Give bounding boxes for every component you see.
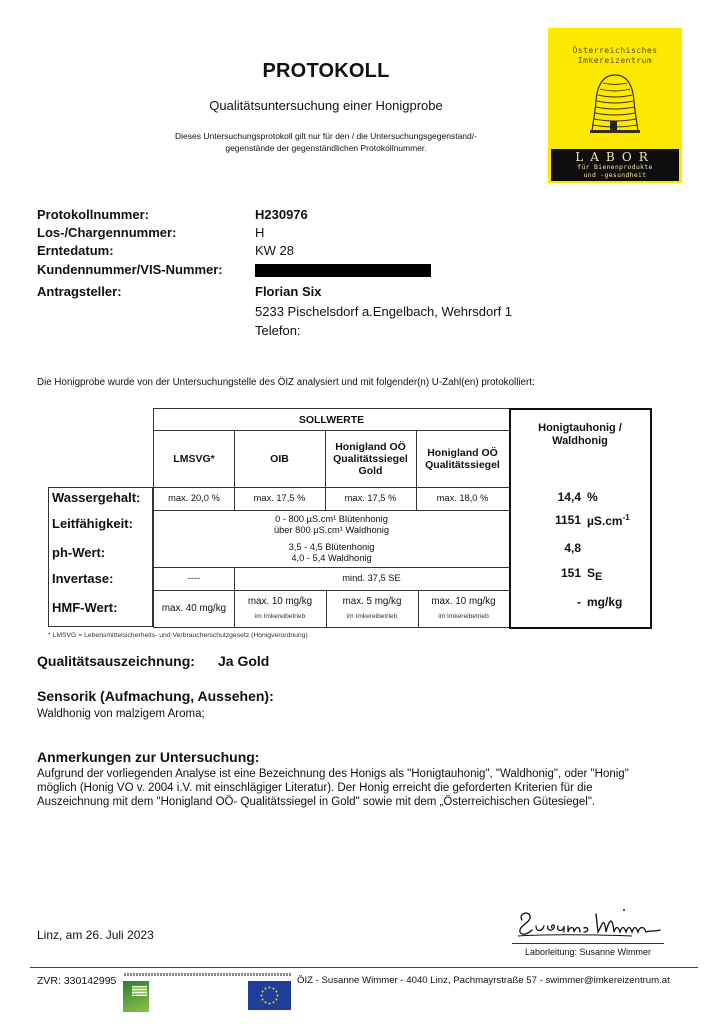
meta-label-antragsteller: Antragsteller: <box>37 284 122 302</box>
invertase-min: mind. 37,5 SE <box>234 567 509 590</box>
col3-line-1: Honigland OÖ <box>335 441 406 453</box>
column-header-oib: OIB <box>234 430 325 487</box>
result-ph-value: 4,8 <box>564 541 581 555</box>
award-label: Qualitätsauszeichnung: <box>37 653 195 669</box>
hmf-siegel-note: im Imkereibetrieb <box>438 611 489 622</box>
remarks-line-1: Aufgrund der vorliegenden Analyse ist ei… <box>37 767 687 781</box>
col3-line-2: Qualitätssiegel <box>333 453 408 465</box>
logo-sub-1: für Bienenprodukte <box>551 164 679 172</box>
footer-address: ÖIZ - Susanne Wimmer - 4040 Linz, Pachma… <box>297 975 670 986</box>
row-label-leitfaehigkeit: Leitfähigkeit: <box>52 516 133 531</box>
sensorik-text: Waldhonig von malzigem Aroma; <box>37 707 687 721</box>
column-header-honigland: Honigland OÖ Qualitätssiegel <box>416 430 509 487</box>
unit-percent: % <box>587 490 598 504</box>
col4-line-1: Honigland OÖ <box>427 447 498 459</box>
leitfaehigkeit-range: 0 - 800 µS.cm¹ Blütenhonig über 800 µS.c… <box>154 512 509 538</box>
meta-value-antragsteller: Florian Six <box>255 284 321 299</box>
logo-sub-2: und -gesundheit <box>551 172 679 180</box>
hmf-oib-note: im Imkereibetrieb <box>255 611 306 622</box>
place-and-date: Linz, am 26. Juli 2023 <box>37 928 154 942</box>
sollwerte-table: SOLLWERTE LMSVG* OIB Honigland OÖ Qualit… <box>153 408 510 628</box>
meta-value-erntedatum: KW 28 <box>255 243 294 258</box>
lab-logo: Österreichisches Imkereizentrum LABOR fü… <box>548 28 682 183</box>
signature-line <box>512 943 664 944</box>
applicant-address: 5233 Pischelsdorf a.Engelbach, Wehrsdorf… <box>255 304 512 319</box>
meta-label-kundennummer: Kundennummer/VIS-Nummer: <box>37 262 223 280</box>
unit-exponent: -1 <box>623 513 630 522</box>
meta-value-chargennummer: H <box>255 225 264 240</box>
remarks-line-3: Auszeichnung mit dem "Honigland OÖ- Qual… <box>37 795 687 809</box>
remarks-heading: Anmerkungen zur Untersuchung: <box>37 749 259 765</box>
row-label-wassergehalt: Wassergehalt: <box>52 490 140 505</box>
leitfaehigkeit-line-1: 0 - 800 µS.cm¹ Blütenhonig <box>275 514 388 525</box>
hmf-gold-value: max. 5 mg/kg <box>343 596 402 607</box>
results-header-line-1: Honigtauhonig / <box>511 422 649 435</box>
result-leitfaehigkeit-value: 1151 <box>555 513 581 527</box>
disclaimer-line-2: gegenstände der gegenständlichen Protoko… <box>100 142 552 154</box>
hmf-siegel-value: max. 10 mg/kg <box>431 596 495 607</box>
result-invertase-value: 151 <box>561 566 581 580</box>
applicant-phone-label: Telefon: <box>255 323 301 338</box>
sensorik-heading: Sensorik (Aufmachung, Aussehen): <box>37 688 274 704</box>
hmf-oib-value: max. 10 mg/kg <box>248 596 312 607</box>
logo-labor-text: LABOR <box>551 150 679 164</box>
footer-zvr: ZVR: 330142995 <box>37 975 116 987</box>
col3-line-3: Gold <box>359 465 383 477</box>
beehive-icon <box>590 73 640 135</box>
hmf-oib: max. 10 mg/kg im Imkereibetrieb <box>234 590 326 627</box>
remarks-line-2: möglich (Honig VO v. 2004 i.V. mit einsc… <box>37 781 687 795</box>
logo-line-2: Imkereizentrum <box>548 56 682 66</box>
meta-value-protokollnummer: H230976 <box>255 207 308 222</box>
ph-line-2: 4,0 - 5,4 Waldhonig <box>291 553 371 564</box>
meta-label-chargennummer: Los-/Chargennummer: <box>37 225 176 243</box>
result-wassergehalt-value: 14,4 <box>558 490 581 504</box>
unit-conductivity: µS.cm <box>587 514 623 528</box>
analysis-intro: Die Honigprobe wurde von der Untersuchun… <box>37 377 535 388</box>
row-label-ph: ph-Wert: <box>52 545 105 560</box>
result-hmf-value: - <box>577 595 581 609</box>
col4-line-2: Qualitätssiegel <box>425 459 500 471</box>
wassergehalt-oib: max. 17,5 % <box>234 487 325 510</box>
wassergehalt-lmsvg: max. 20,0 % <box>154 487 234 510</box>
column-header-lmsvg: LMSVG* <box>154 430 234 487</box>
award-value: Ja Gold <box>218 653 269 669</box>
signature-image <box>512 904 664 940</box>
invertase-lmsvg: ---- <box>154 567 234 590</box>
remarks-text: Aufgrund der vorliegenden Analyse ist ei… <box>37 767 687 809</box>
row-label-hmf: HMF-Wert: <box>52 600 117 615</box>
meta-label-erntedatum: Erntedatum: <box>37 243 114 261</box>
results-header: Honigtauhonig / Waldhonig <box>511 422 649 448</box>
wassergehalt-gold: max. 17,5 % <box>325 487 416 510</box>
footer-divider <box>30 967 698 968</box>
meta-label-protokollnummer: Protokollnummer: <box>37 207 149 225</box>
row-label-invertase: Invertase: <box>52 571 113 586</box>
wassergehalt-siegel: max. 18,0 % <box>416 487 509 510</box>
ph-range: 3,5 - 4,5 Blütenhonig 4,0 - 5,4 Waldhoni… <box>154 540 509 566</box>
hmf-gold: max. 5 mg/kg im Imkereibetrieb <box>326 590 418 627</box>
hmf-gold-note: im Imkereibetrieb <box>347 611 398 622</box>
unit-s: S <box>587 566 595 580</box>
disclaimer-line-1: Dieses Untersuchungsprotokoll gilt nur f… <box>100 130 552 142</box>
results-header-line-2: Waldhonig <box>511 435 649 448</box>
hmf-lmsvg: max. 40 mg/kg <box>154 590 234 627</box>
rural-development-logo <box>123 981 149 1012</box>
signature-caption: Laborleitung: Susanne Wimmer <box>512 947 664 957</box>
eu-flag-icon <box>248 981 291 1010</box>
unit-e: E <box>595 571 602 583</box>
disclaimer: Dieses Untersuchungsprotokoll gilt nur f… <box>100 130 552 154</box>
logo-line-1: Österreichisches <box>548 46 682 56</box>
hmf-siegel: max. 10 mg/kg im Imkereibetrieb <box>418 590 509 627</box>
leitfaehigkeit-line-2: über 800 µS.cm¹ Waldhonig <box>274 525 389 536</box>
redacted-kundennummer <box>255 264 431 277</box>
logo-labor-band: LABOR für Bienenprodukte und -gesundheit <box>551 149 679 181</box>
results-box: Honigtauhonig / Waldhonig 14,4 % 1151 µS… <box>509 408 652 629</box>
sollwerte-header: SOLLWERTE <box>154 409 509 430</box>
logo-org-name: Österreichisches Imkereizentrum <box>548 46 682 66</box>
column-header-honigland-gold: Honigland OÖ Qualitätssiegel Gold <box>325 430 416 487</box>
ph-line-1: 3,5 - 4,5 Blütenhonig <box>289 542 375 553</box>
sponsor-caption <box>124 973 292 976</box>
unit-mg-kg: mg/kg <box>587 595 622 609</box>
table-footnote: * LMSVG = Lebensmittelsicherheits- und V… <box>48 632 308 639</box>
